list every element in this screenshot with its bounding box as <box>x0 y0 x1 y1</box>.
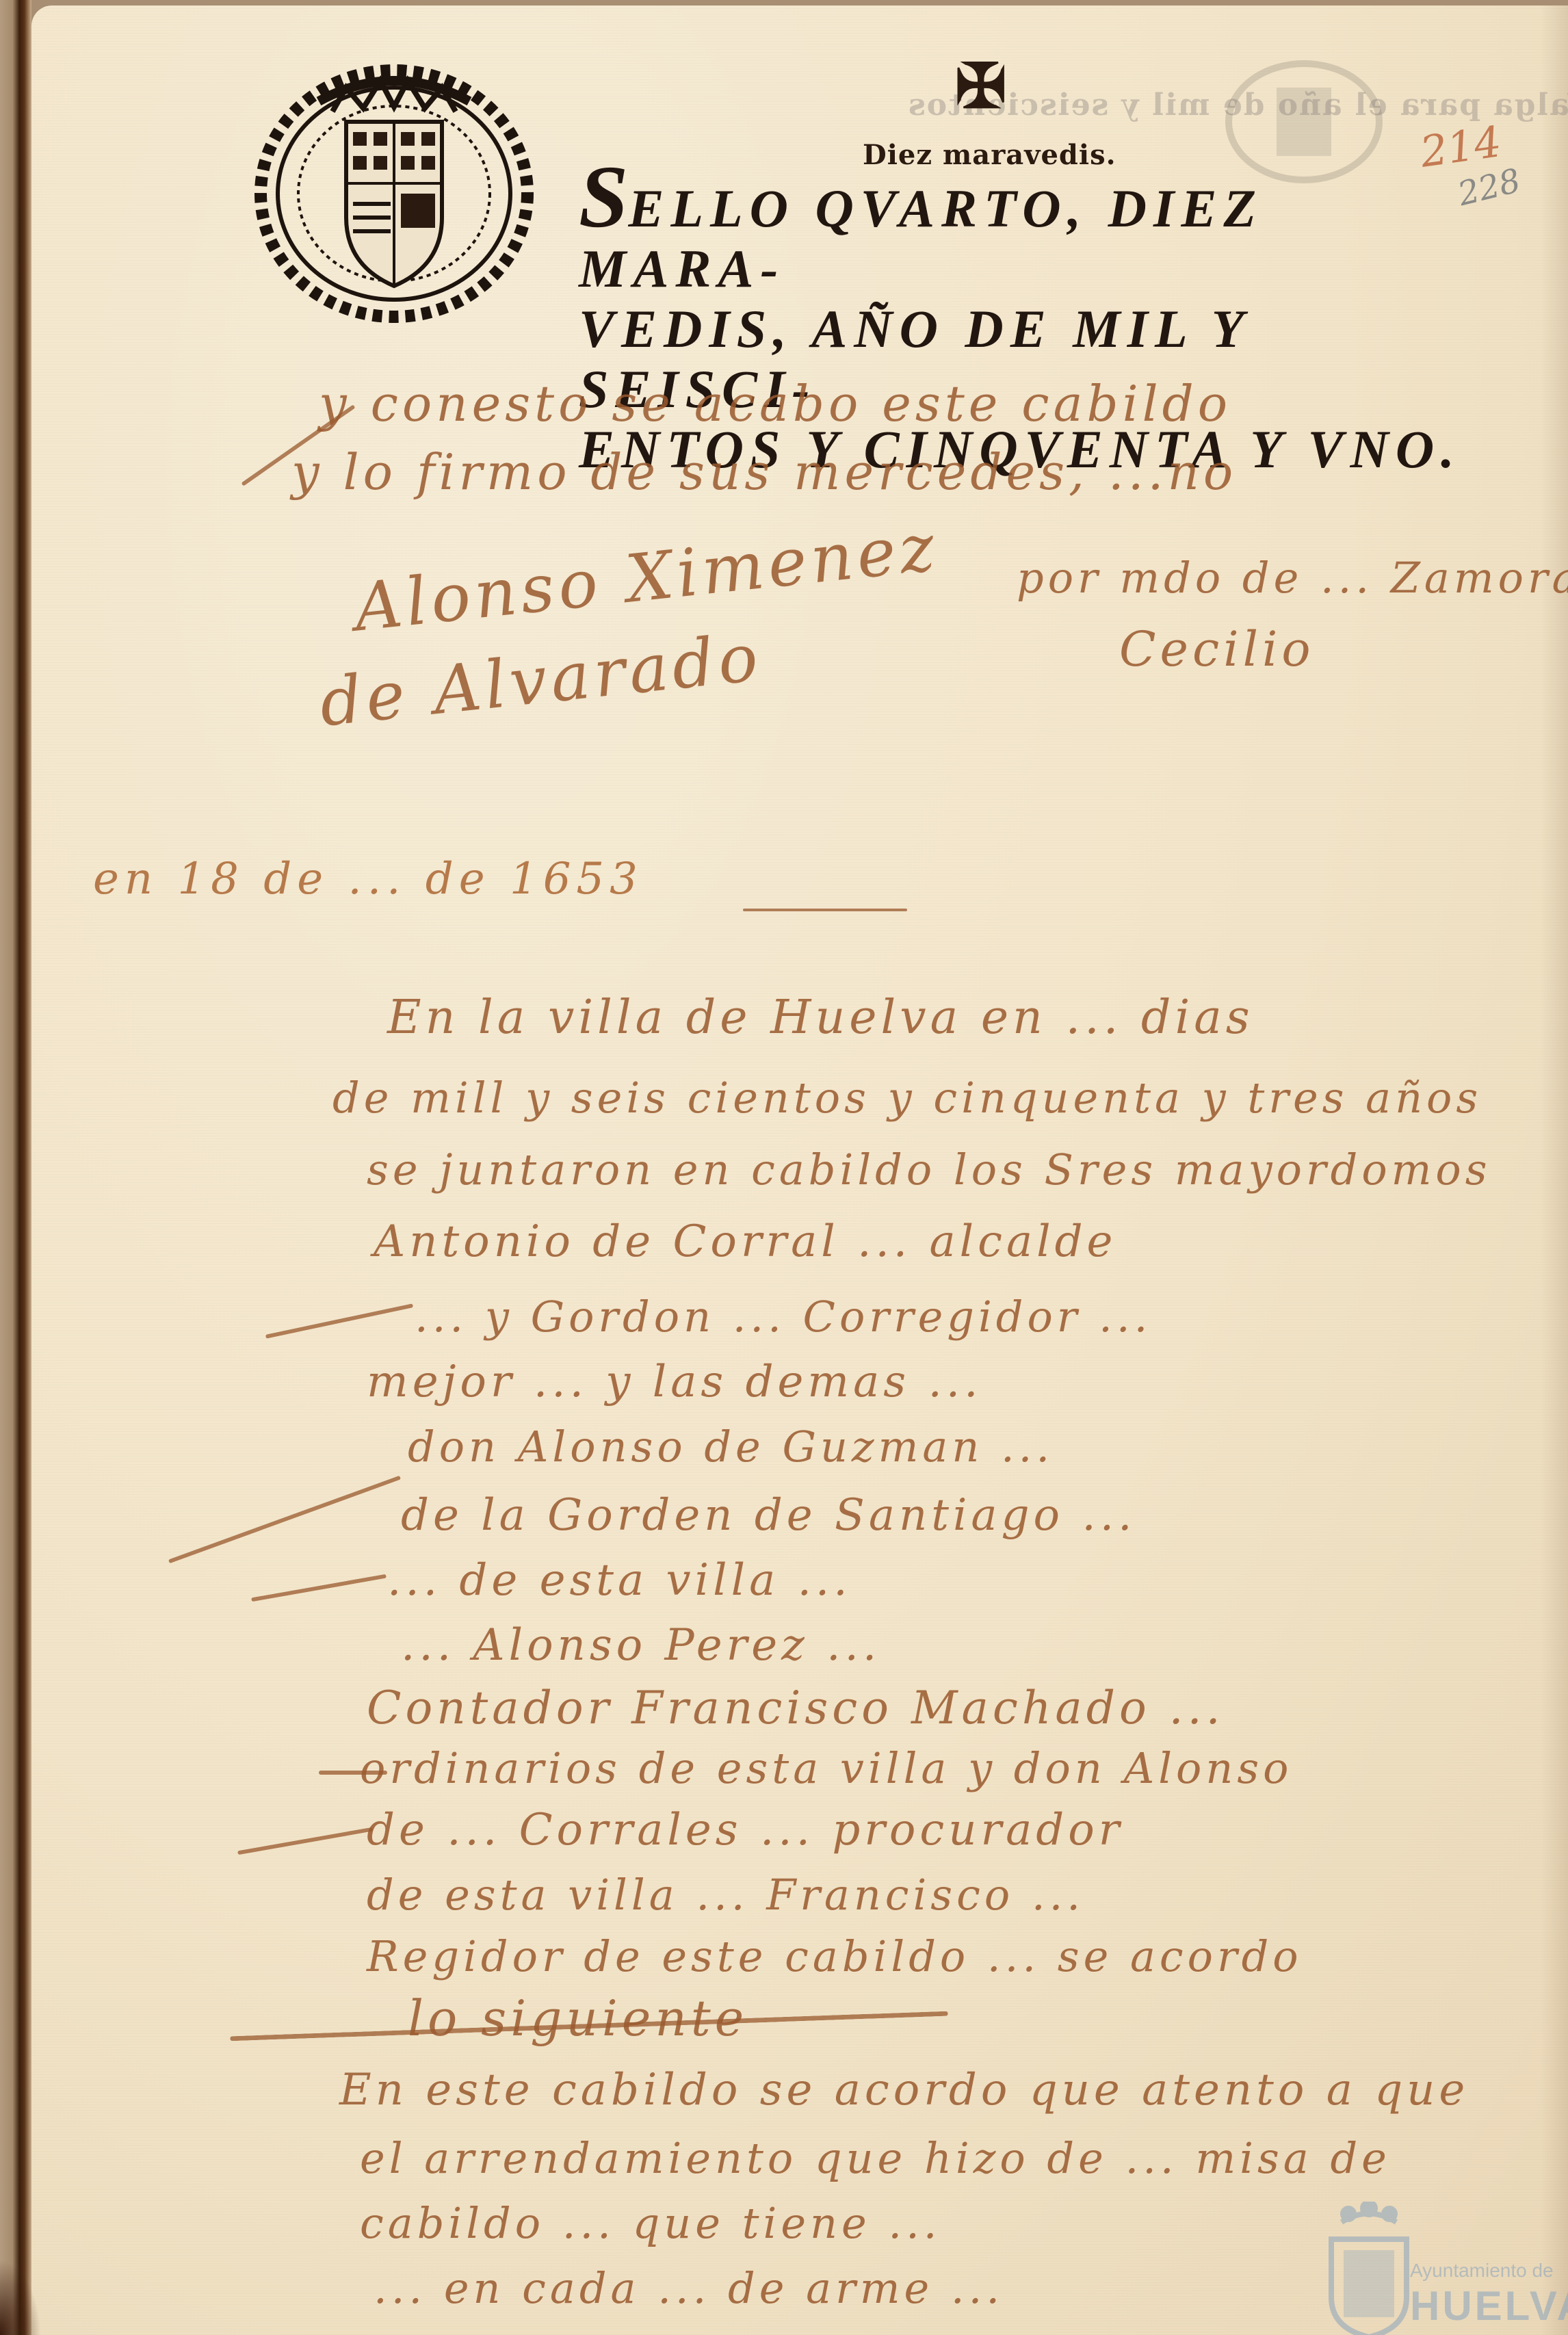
handwritten-line: y conesto se acabo este cabildo <box>319 375 1231 432</box>
ink-flourish <box>237 1827 373 1855</box>
handwritten-line: Antonio de Corral ... alcalde <box>374 1216 1116 1267</box>
signature: Alonso Ximenez <box>350 508 941 646</box>
page-edge-shadow <box>1541 5 1568 2335</box>
handwritten-line: se juntaron en cabildo los Sres mayordom… <box>367 1145 1491 1195</box>
handwritten-line: cabildo ... que tiene ... <box>360 2198 941 2248</box>
handwritten-line: mejor ... y las demas ... <box>367 1357 982 1407</box>
stamp-value-label: Diez maravedis. <box>863 139 1116 171</box>
handwritten-line: ordinarios de esta villa y don Alonso <box>360 1743 1292 1793</box>
handwritten-line: y lo firmo de sus mercedes, ...no <box>291 443 1237 501</box>
handwritten-line: lo siguiente <box>408 1990 748 2047</box>
ink-flourish <box>168 1476 401 1564</box>
binding-shadow-bottom <box>0 2260 41 2335</box>
watermark-big-text: HUELVA <box>1410 2282 1568 2330</box>
handwritten-line: el arrendamiento que hizo de ... misa de <box>360 2133 1391 2183</box>
ink-flourish <box>251 1574 387 1602</box>
ayuntamiento-huelva-watermark: Ayuntamiento de HUELVA <box>1318 2202 1564 2335</box>
stamp-title-dropcap: S <box>579 148 628 246</box>
ink-flourish <box>319 1771 387 1775</box>
handwritten-line: de mill y seis cientos y cinquenta y tre… <box>332 1073 1482 1123</box>
handwritten-line: En la villa de Huelva en ... dias <box>387 991 1254 1045</box>
margin-date-note: en 18 de ... de 1653 <box>93 854 643 904</box>
handwritten-line: de esta villa ... Francisco ... <box>367 1870 1084 1920</box>
handwritten-line: don Alonso de Guzman ... <box>408 1422 1054 1472</box>
signature: por mdo de ... Zamorano <box>1017 553 1568 603</box>
signature: Cecilio <box>1119 621 1315 677</box>
handwritten-line: ... Alonso Perez ... <box>401 1620 880 1671</box>
manuscript-page: Valga para el año de mil y seiscientos <box>31 5 1568 2335</box>
handwritten-line: Contador Francisco Machado ... <box>367 1682 1225 1734</box>
handwritten-line: En este cabildo se acordo que atento a q… <box>339 2065 1469 2115</box>
stamp-title-line-1: ELLO QVARTO, DIEZ MARA- <box>579 179 1263 298</box>
handwritten-line: de ... Corrales ... procurador <box>367 1805 1123 1855</box>
handwritten-line: ... y Gordon ... Corregidor ... <box>415 1292 1151 1342</box>
stamp-title: SELLO QVARTO, DIEZ MARA- VEDIS, AÑO DE M… <box>579 170 1482 480</box>
royal-coat-of-arms-icon <box>244 47 545 327</box>
huelva-shield-icon <box>1318 2202 1420 2335</box>
cross-symbol: ✠ <box>955 50 1006 122</box>
book-binding-gutter <box>0 0 31 2335</box>
ink-flourish <box>265 1303 413 1339</box>
handwritten-line: ... en cada ... de arme ... <box>374 2263 1004 2313</box>
bleed-through-seal-icon <box>1215 47 1393 183</box>
handwritten-line: ... de esta villa ... <box>387 1555 852 1606</box>
watermark-small-text: Ayuntamiento de <box>1410 2260 1554 2282</box>
handwritten-line: Regidor de este cabildo ... se acordo <box>367 1931 1303 1981</box>
handwritten-line: de la Gorden de Santiago ... <box>401 1490 1136 1541</box>
ink-flourish <box>743 909 907 911</box>
